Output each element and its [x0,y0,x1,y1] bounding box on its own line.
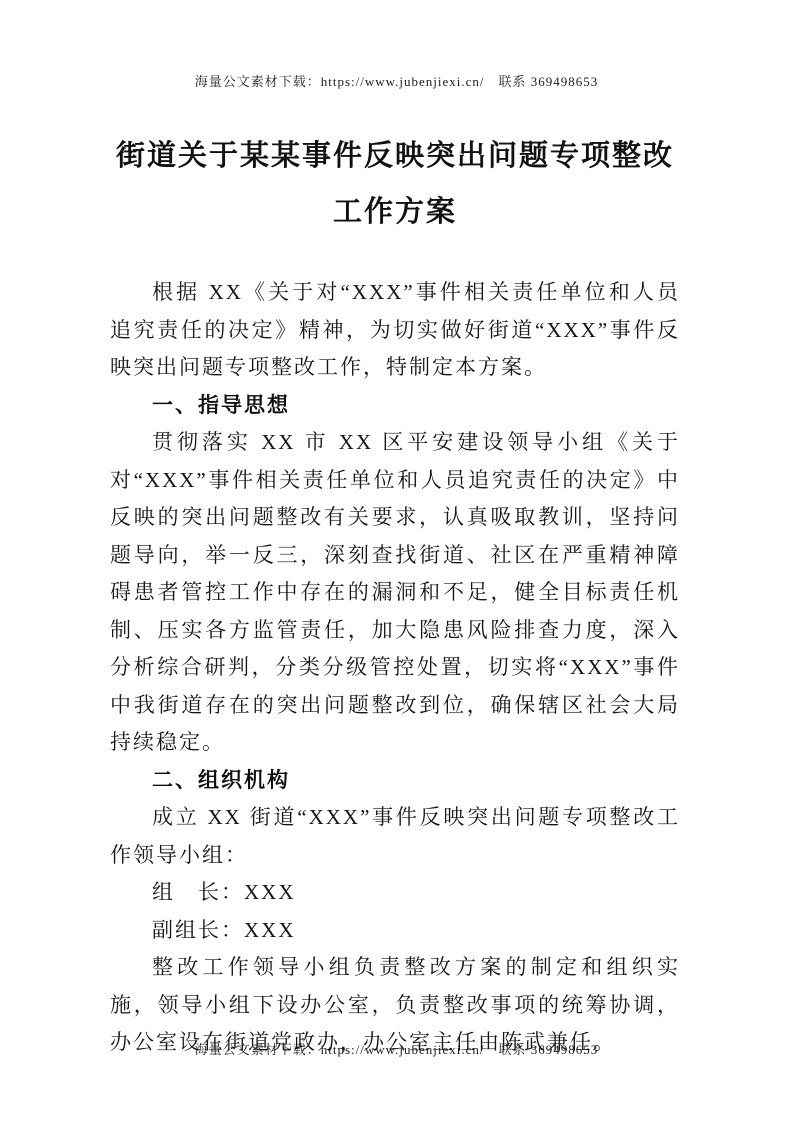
document-title-line1: 街道关于某某事件反映突出问题专项整改 [110,128,680,184]
document-title-line2: 工作方案 [110,184,680,240]
document-page: 海量公文素材下载：https://www.jubenjiexi.cn/ 联系 3… [0,0,793,1122]
document-body: 街道关于某某事件反映突出问题专项整改 工作方案 根据 XX《关于对“XXX”事件… [110,128,680,1062]
section-heading-1: 一、指导思想 [110,387,680,425]
line-group-leader: 组 长：XXX [110,874,680,912]
paragraph-establish-group: 成立 XX 街道“XXX”事件反映突出问题专项整改工作领导小组： [110,799,680,874]
paragraph-guiding-ideology: 贯彻落实 XX 市 XX 区平安建设领导小组《关于对“XXX”事件相关责任单位和… [110,424,680,762]
header-watermark-text: 海量公文素材下载：https://www.jubenjiexi.cn/ 联系 3… [0,72,793,92]
document-title: 街道关于某某事件反映突出问题专项整改 工作方案 [110,128,680,240]
footer-watermark-text: 海量公文素材下载：https://www.jubenjiexi.cn/ 联系 3… [0,1040,793,1060]
section-heading-2: 二、组织机构 [110,762,680,800]
line-deputy-leader: 副组长：XXX [110,912,680,950]
paragraph-intro: 根据 XX《关于对“XXX”事件相关责任单位和人员追究责任的决定》精神，为切实做… [110,274,680,387]
